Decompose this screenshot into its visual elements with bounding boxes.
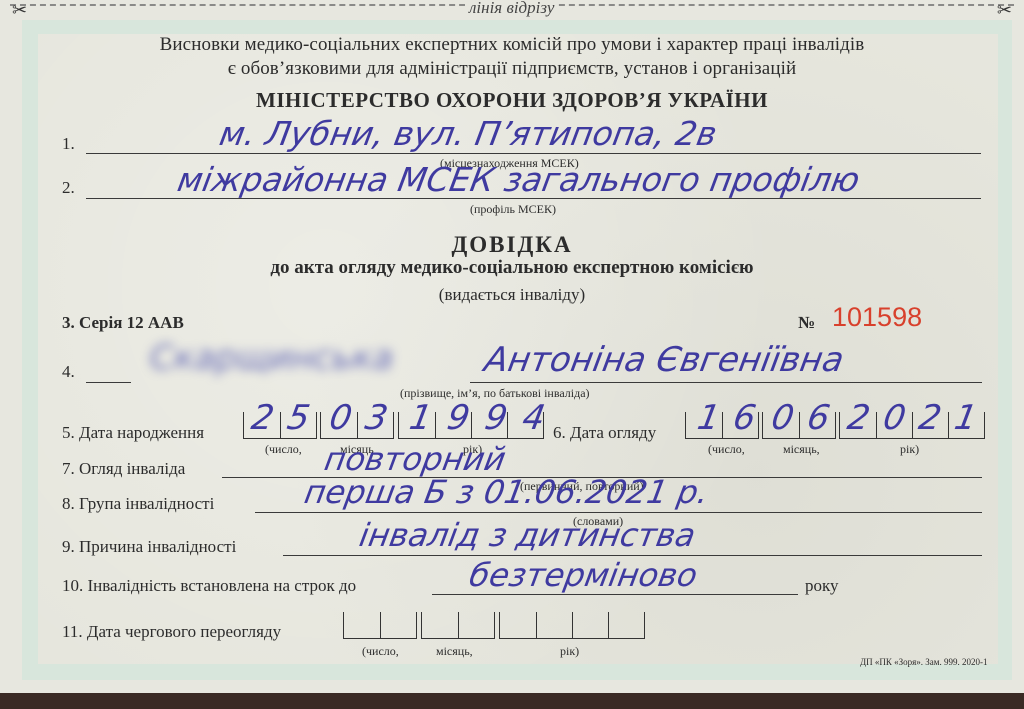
series-label: 3. Серія 12 ААВ	[62, 313, 184, 333]
review-caption-month: місяць,	[436, 644, 473, 659]
cut-line-label: лінія відрізу	[465, 0, 558, 18]
birth-year: 1994	[406, 398, 564, 438]
ministry-title: МІНІСТЕРСТВО ОХОРОНИ ЗДОРОВ’Я УКРАЇНИ	[0, 88, 1024, 113]
redacted-surname: Скарщинська	[150, 338, 393, 378]
field-1-value: м. Лубни, вул. П’ятипопа, 2в	[217, 114, 720, 153]
review-year-box[interactable]	[499, 612, 645, 639]
scissors-icon: ✂	[997, 0, 1012, 21]
field-2-caption: (профіль МСЕК)	[470, 202, 556, 217]
review-caption-year: рік)	[560, 644, 579, 659]
disability-group-label: 8. Група інвалідності	[62, 494, 214, 514]
exam-caption-year: рік)	[900, 442, 919, 457]
exam-caption-month: місяць,	[783, 442, 820, 457]
year-suffix: року	[805, 576, 839, 596]
exam-type-label: 7. Огляд інваліда	[62, 459, 185, 479]
review-day-box[interactable]	[343, 612, 417, 639]
exam-date-label: 6. Дата огляду	[553, 423, 656, 443]
field-8-line	[255, 512, 982, 513]
exam-caption-day: (число,	[708, 442, 745, 457]
birth-month: 03	[326, 398, 404, 438]
field-4-number: 4.	[62, 362, 75, 382]
document-title: ДОВІДКА	[0, 232, 1024, 258]
field-4-line-right	[470, 382, 982, 383]
review-month-box[interactable]	[421, 612, 495, 639]
field-1-number: 1.	[62, 134, 75, 154]
full-name-value: Антоніна Євгеніївна	[481, 340, 846, 380]
exam-year: 2021	[844, 398, 994, 438]
document-subtitle: до акта огляду медико-соціальною експерт…	[0, 257, 1024, 279]
cut-line: ✂ лінія відрізу ✂	[10, 4, 1014, 6]
disability-term-value: безтерміново	[467, 556, 701, 594]
number-sign: №	[798, 313, 815, 333]
field-2-number: 2.	[62, 178, 75, 198]
disability-term-label: 10. Інвалідність встановлена на строк до	[62, 576, 356, 596]
disability-cause-value: інвалід з дитинства	[357, 516, 699, 554]
next-review-label: 11. Дата чергового переогляду	[62, 622, 281, 642]
certificate-number: 101598	[832, 302, 922, 333]
field-1-line	[86, 153, 981, 154]
birth-caption-day: (число,	[265, 442, 302, 457]
printer-imprint: ДП «ПК «Зоря». Зам. 999. 2020-1	[860, 657, 988, 667]
birth-date-label: 5. Дата народження	[62, 423, 204, 443]
field-2-value: міжрайонна МСЕК загального профілю	[175, 160, 863, 199]
exam-month: 06	[768, 398, 846, 438]
disability-cause-label: 9. Причина інвалідності	[62, 537, 236, 557]
scissors-icon: ✂	[12, 0, 27, 21]
field-4-line-left	[86, 382, 131, 383]
exam-day: 16	[694, 398, 772, 438]
review-caption-day: (число,	[362, 644, 399, 659]
disability-group-value: перша Б з 01.06.2021 р.	[302, 473, 712, 511]
header-line-1: Висновки медико-соціальних експертних ко…	[0, 34, 1024, 56]
field-10-line	[432, 594, 798, 595]
birth-day: 25	[248, 398, 326, 438]
certificate-paper: ✂ лінія відрізу ✂ Висновки медико-соціал…	[0, 0, 1024, 693]
header-line-2: є обов’язковими для адміністрації підпри…	[0, 58, 1024, 80]
